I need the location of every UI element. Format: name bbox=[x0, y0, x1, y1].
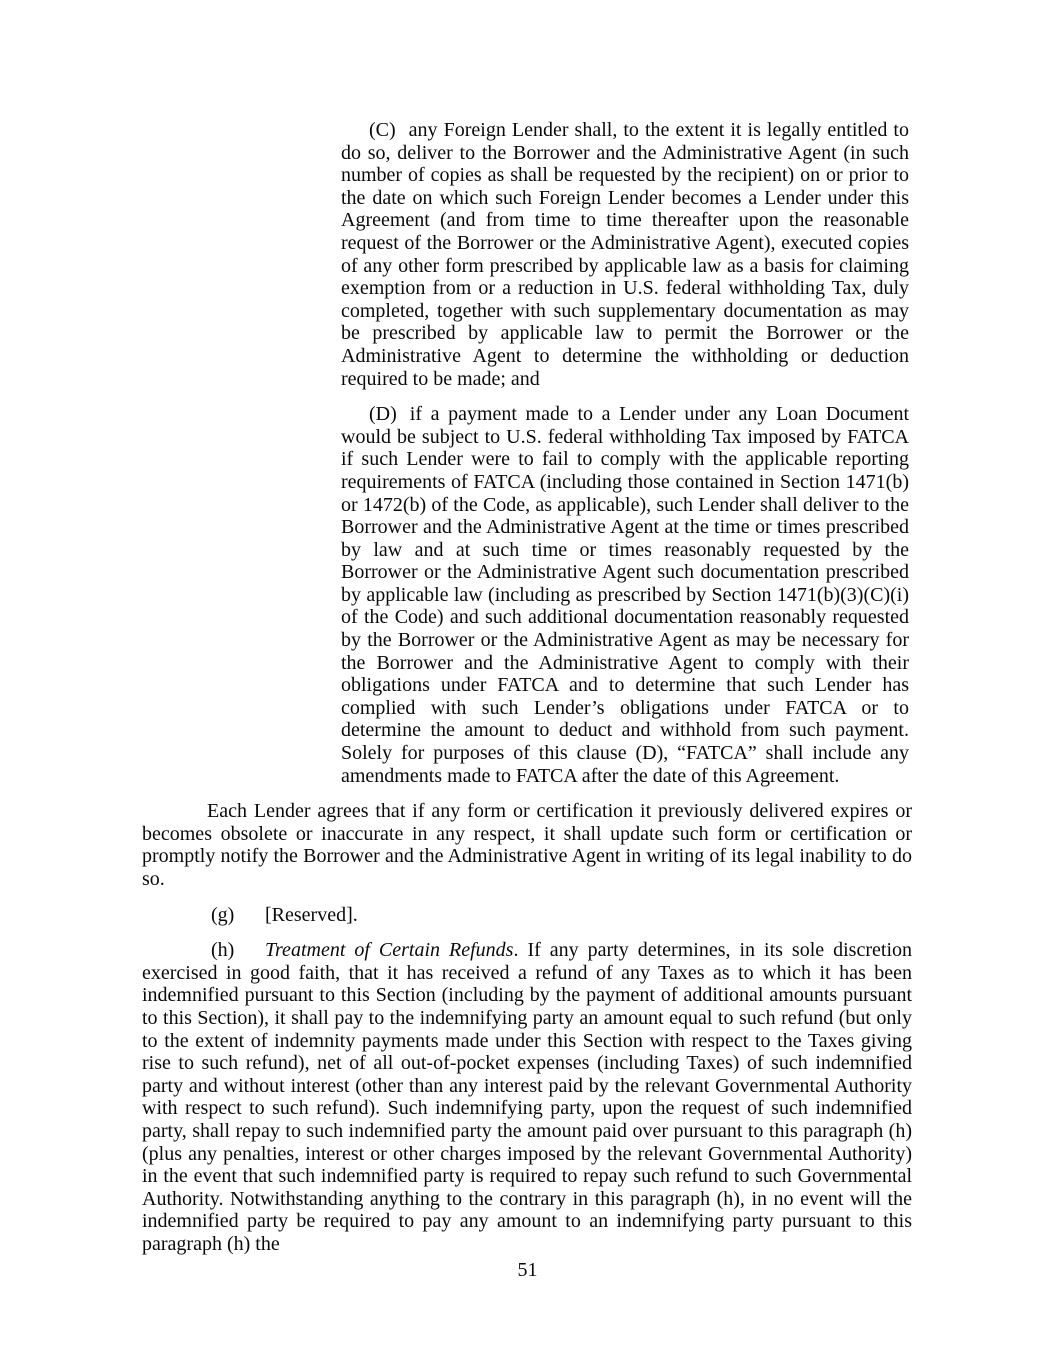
each-lender-text: Each Lender agrees that if any form or c… bbox=[142, 800, 912, 890]
each-lender-paragraph: Each Lender agrees that if any form or c… bbox=[142, 800, 912, 890]
document-page: (C)any Foreign Lender shall, to the exte… bbox=[0, 0, 1055, 1365]
clause-g-text: [Reserved]. bbox=[265, 904, 358, 926]
page-number: 51 bbox=[518, 1259, 538, 1281]
clause-d-label: (D) bbox=[369, 403, 397, 425]
clause-h-paragraph: (h)Treatment of Certain Refunds. If any … bbox=[142, 939, 912, 1255]
clause-h-text: . If any party determines, in its sole d… bbox=[142, 939, 912, 1255]
clause-c-label: (C) bbox=[369, 119, 396, 141]
clause-c-paragraph: (C)any Foreign Lender shall, to the exte… bbox=[341, 119, 909, 390]
clause-g-label: (g) bbox=[211, 904, 265, 927]
clause-d-text: if a payment made to a Lender under any … bbox=[341, 403, 909, 787]
page-content: (C)any Foreign Lender shall, to the exte… bbox=[142, 119, 912, 1269]
clause-h-heading: Treatment of Certain Refunds bbox=[265, 939, 513, 961]
clause-g-paragraph: (g)[Reserved]. bbox=[142, 904, 912, 927]
clause-c-text: any Foreign Lender shall, to the extent … bbox=[341, 119, 909, 390]
clause-d-paragraph: (D)if a payment made to a Lender under a… bbox=[341, 403, 909, 787]
clause-h-label: (h) bbox=[211, 939, 265, 962]
page-footer: 51 bbox=[0, 1259, 1055, 1282]
